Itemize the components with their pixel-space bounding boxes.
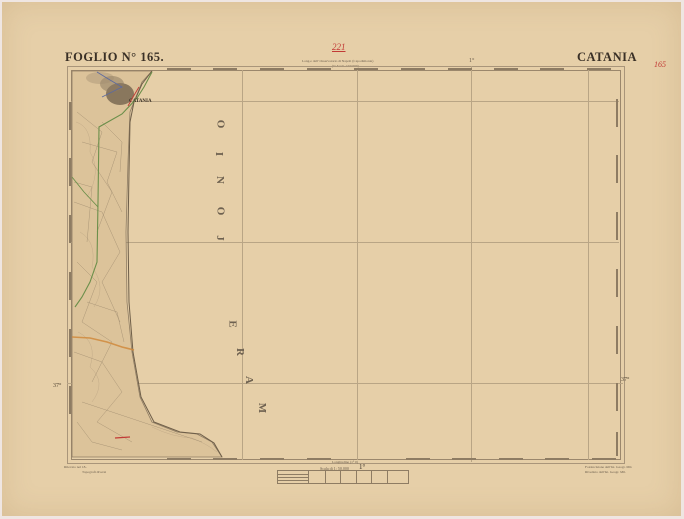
sea-label-letter: O xyxy=(214,207,226,216)
city-label-catania: CATANIA xyxy=(129,99,152,104)
footer-longitude-caption: Longitudine (1° 0) xyxy=(332,460,358,464)
footer-left-note: Rilevato nel 18.. xyxy=(64,465,87,469)
footer-left-note: Topografi diversi xyxy=(82,470,106,474)
sea-label-letter: J xyxy=(214,235,226,241)
sea-label-letter: M xyxy=(256,403,268,413)
latitude-label-left: 37° xyxy=(53,383,61,389)
map-sheet: FOGLIO N° 165. CATANIA 221 165 Long.e da… xyxy=(2,2,681,516)
scale-bar xyxy=(277,470,409,484)
latitude-label-right: 37° xyxy=(621,377,629,383)
sea-label-letter: A xyxy=(243,376,255,384)
sea-label-letter: O xyxy=(214,120,226,129)
sea-label-letter: I xyxy=(213,152,225,156)
sea-label-letter: E xyxy=(227,320,239,327)
footer-right-note: Riveduto dall'Ist. Geogr. Mil. xyxy=(585,470,626,474)
sea-label-letter: R xyxy=(234,348,246,356)
sea-label-letter: N xyxy=(214,176,226,184)
land-area xyxy=(2,2,684,519)
footer-right-note: Fotoincisione dell'Ist. Geogr. Mil. xyxy=(585,465,632,469)
